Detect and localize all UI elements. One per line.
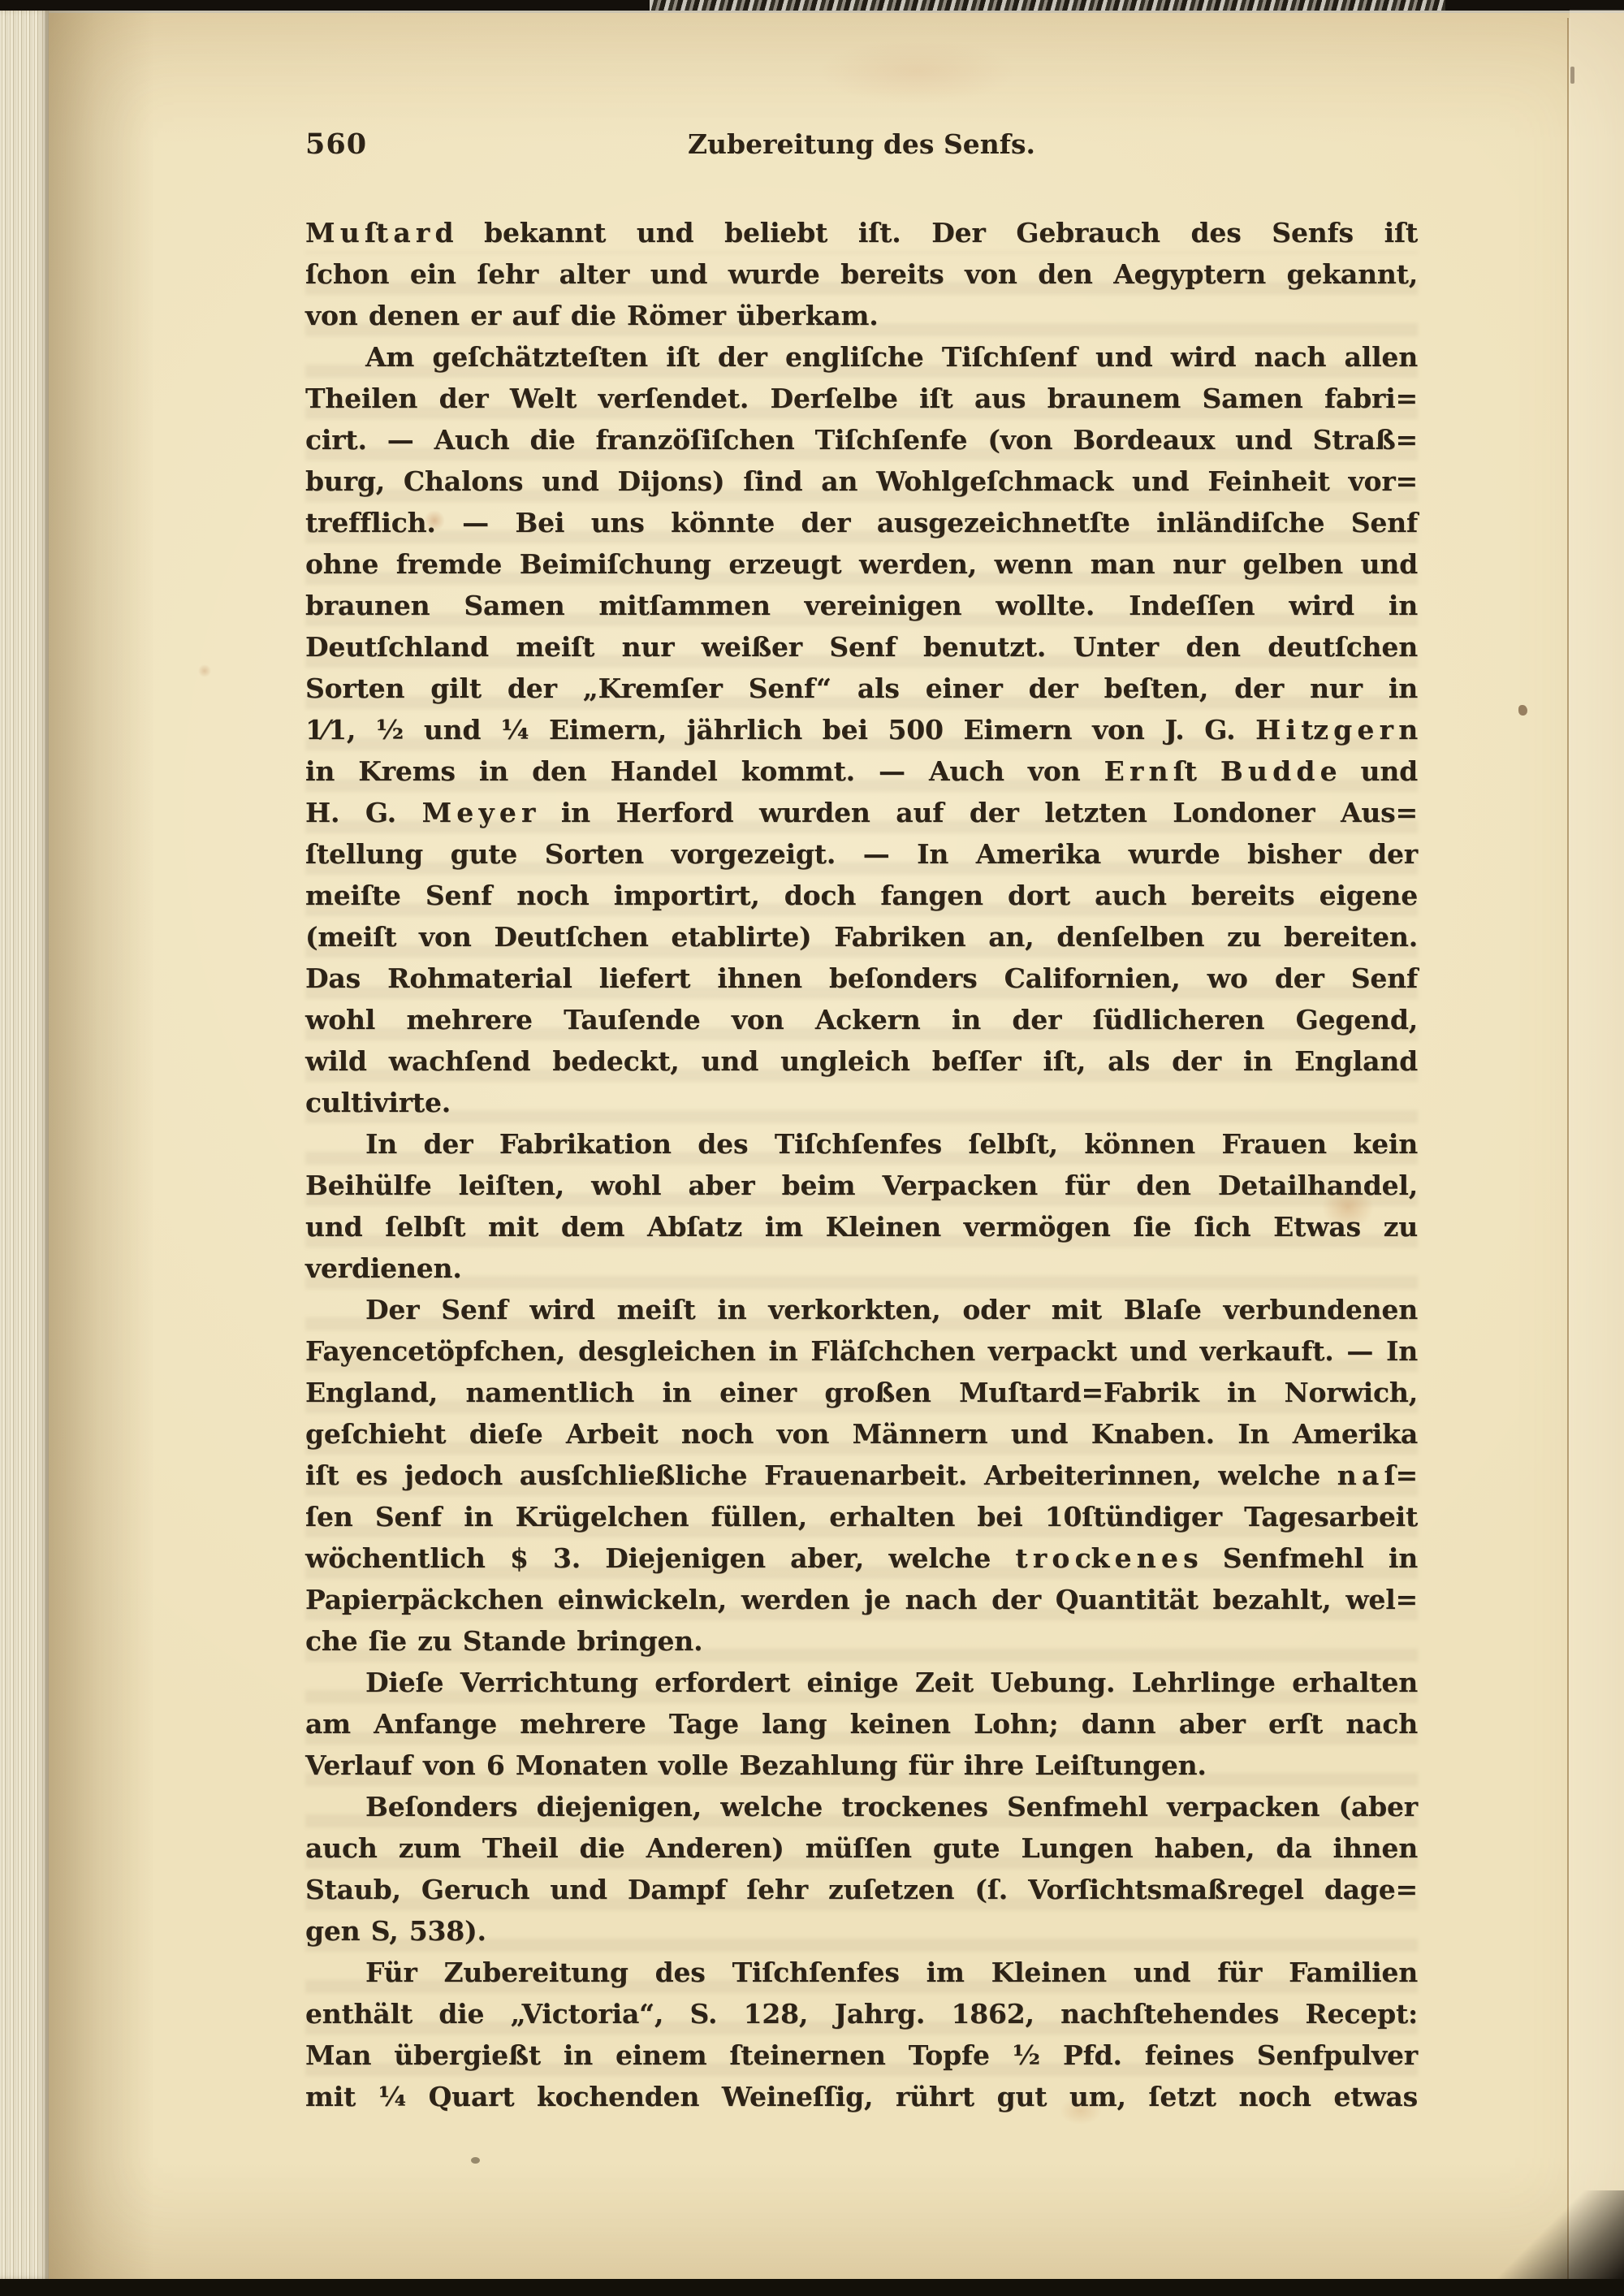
text-line: H. G. M e y e r in Herford wurden auf de… [305,792,1418,833]
crease-line [1567,18,1569,2279]
text-line: burg, Chalons und Dijons) ſind an Wohlge… [305,460,1418,502]
book-top-edge [0,0,1624,11]
page-stack-edge [0,10,49,2279]
text-line: Papierpäckchen einwickeln, werden je nac… [305,1579,1418,1620]
ink-speck [1518,705,1527,716]
book-bottom-edge [0,2279,1624,2296]
text-line: wohl mehrere Tauſende von Ackern in der … [305,999,1418,1040]
text-line: wild wachſend bedeckt, und ungleich beſſ… [305,1040,1418,1082]
book-scan: 560 Zubereitung des Senfs. M u ſt a r d … [0,0,1624,2296]
text-line: Für Zubereitung des Tiſchſenfes im Klein… [305,1952,1418,1993]
text-line: am Anfange mehrere Tage lang keinen Lohn… [305,1703,1418,1745]
text-line: braunen Samen mitſammen vereinigen wollt… [305,585,1418,626]
text-line: Man übergießt in einem ſteinernen Topfe … [305,2034,1418,2076]
text-line: Beſonders diejenigen, welche trockenes S… [305,1786,1418,1827]
text-line: Verlauf von 6 Monaten volle Bezahlung fü… [305,1745,1418,1786]
text-line: (meiſt von Deutſchen etablirte) Fabriken… [305,916,1418,958]
text-line: Fayencetöpfchen, desgleichen in Fläſchch… [305,1330,1418,1372]
body-text: M u ſt a r d bekannt und beliebt iſt. De… [305,212,1418,2117]
text-line: cirt. — Auch die franzöſiſchen Tiſchſenf… [305,419,1418,460]
text-line: England, namentlich in einer großen Muſt… [305,1372,1418,1413]
text-line: ſchon ein ſehr alter und wurde bereits v… [305,253,1418,295]
text-line: verdienen. [305,1247,1418,1289]
text-line: enthält die „Victoria“, S. 128, Jahrg. 1… [305,1993,1418,2034]
text-line: ſtellung gute Sorten vorgezeigt. — In Am… [305,833,1418,875]
text-line: In der Fabrikation des Tiſchſenfes ſelbſ… [305,1123,1418,1165]
text-line: che ſie zu Stande bringen. [305,1620,1418,1662]
text-line: in Krems in den Handel kommt. — Auch von… [305,750,1418,792]
text-line: Staub, Geruch und Dampf ſehr zuſetzen (ſ… [305,1869,1418,1910]
text-line: von denen er auf die Römer überkam. [305,295,1418,336]
book-headband [650,0,1445,11]
gutter-shadow [49,10,154,2279]
text-line: mit ¼ Quart kochenden Weineſſig, rührt g… [305,2076,1418,2117]
text-line: 1⁄1, ½ und ¼ Eimern, jährlich bei 500 Ei… [305,709,1418,750]
running-header: 560 Zubereitung des Senfs. [305,123,1418,165]
ink-speck [471,2157,480,2164]
text-line: wöchentlich $ 3. Diejenigen aber, welche… [305,1537,1418,1579]
text-line: Theilen der Welt verſendet. Derſelbe iſt… [305,378,1418,419]
text-line: auch zum Theil die Anderen) müſſen gute … [305,1827,1418,1869]
text-line: Am geſchätzteſten iſt der engliſche Tiſc… [305,336,1418,378]
paper-stain [198,664,211,677]
text-line: Deutſchland meiſt nur weißer Senf benutz… [305,626,1418,668]
text-line: Der Senf wird meiſt in verkorkten, oder … [305,1289,1418,1330]
right-page-strip [1570,10,1624,2279]
text-line: ſen Senf in Krügelchen füllen, erhalten … [305,1496,1418,1537]
text-line: ohne fremde Beimiſchung erzeugt werden, … [305,543,1418,585]
text-line: geſchieht dieſe Arbeit noch von Männern … [305,1413,1418,1455]
text-line: trefflich. — Bei uns könnte der ausgezei… [305,502,1418,543]
text-line: Dieſe Verrichtung erfordert einige Zeit … [305,1662,1418,1703]
paper-stain [820,39,1015,104]
text-line: cultivirte. [305,1082,1418,1123]
text-line: M u ſt a r d bekannt und beliebt iſt. De… [305,212,1418,253]
text-line: und ſelbſt mit dem Abſatz im Kleinen ver… [305,1206,1418,1247]
text-line: Beihülfe leiſten, wohl aber beim Verpack… [305,1165,1418,1206]
running-title: Zubereitung des Senfs. [305,123,1418,165]
text-line: meiſte Senf noch importirt, doch fangen … [305,875,1418,916]
text-line: Das Rohmaterial liefert ihnen beſonders … [305,958,1418,999]
text-line: Sorten gilt der „Kremſer Senf“ als einer… [305,668,1418,709]
text-line: gen S, 538). [305,1910,1418,1952]
text-line: iſt es jedoch ausſchließliche Frauenarbe… [305,1455,1418,1496]
